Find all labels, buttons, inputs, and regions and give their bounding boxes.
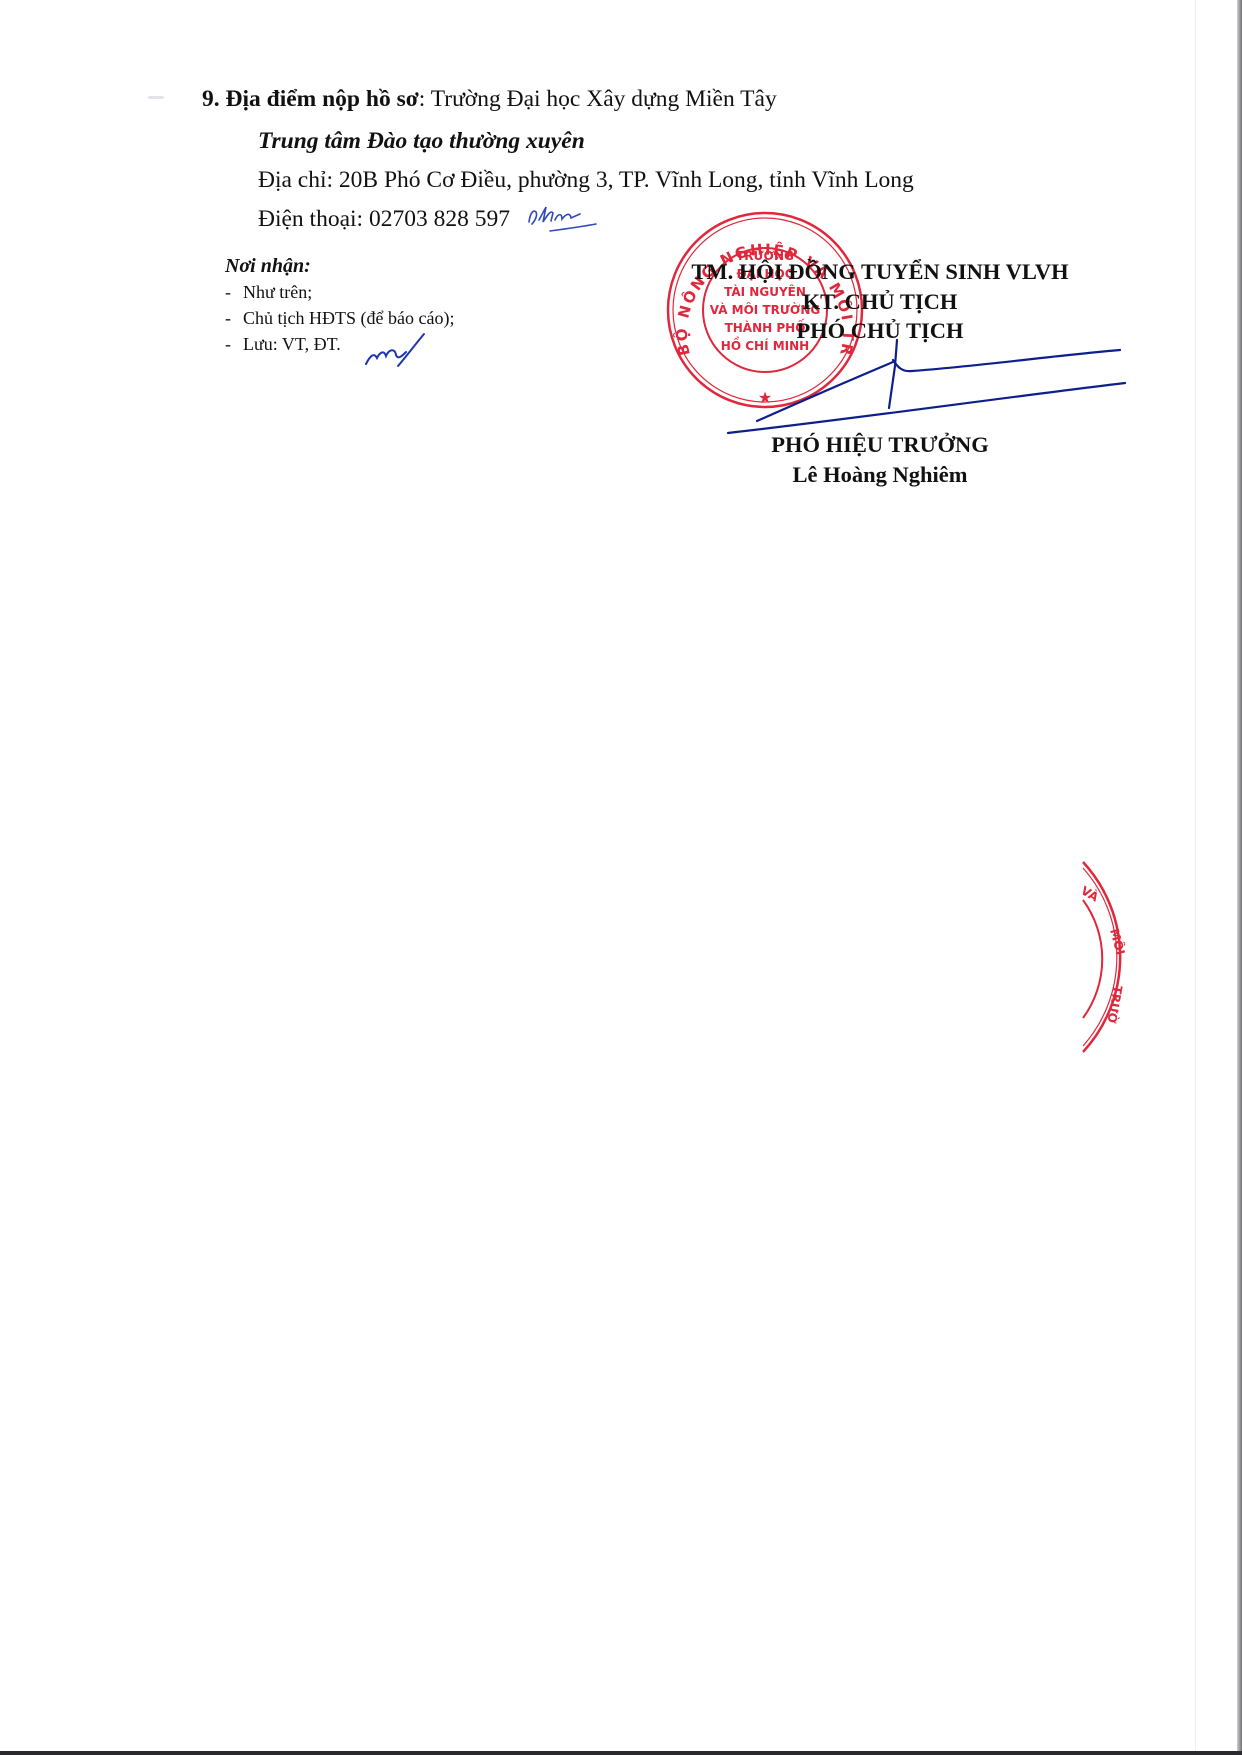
submission-location-line: 9. Địa điểm nộp hồ sơ: Trường Đại học Xâ… (202, 85, 777, 113)
recipients-title: Nơi nhận: (225, 253, 454, 279)
signature-icon (728, 340, 1125, 433)
scan-artifact (148, 96, 164, 99)
signer-role: PHÓ CHỦ TỊCH (640, 316, 1120, 346)
acting-for-chairman: KT. CHỦ TỊCH (640, 287, 1120, 317)
edge-stamp-fragment (1083, 862, 1120, 1052)
institution-name: Trường Đại học Xây dựng Miền Tây (431, 86, 777, 112)
svg-text:TRƯỜ: TRƯỜ (1104, 984, 1125, 1024)
signer-block: PHÓ HIỆU TRƯỞNG Lê Hoàng Nghiêm (700, 430, 1060, 489)
phone-line: Điện thoại: 02703 828 597 (258, 205, 510, 233)
signer-position: PHÓ HIỆU TRƯỞNG (700, 430, 1060, 460)
recipient-item: -Như trên; (225, 279, 454, 305)
address-line: Địa chỉ: 20B Phó Cơ Điều, phường 3, TP. … (258, 166, 914, 194)
svg-text:MÔI: MÔI (1107, 927, 1128, 957)
signer-name: Lê Hoàng Nghiêm (700, 460, 1060, 490)
section-separator: : (419, 86, 431, 112)
document-page: 9. Địa điểm nộp hồ sơ: Trường Đại học Xâ… (0, 0, 1242, 1755)
page-fold-line (1195, 0, 1196, 1755)
scan-edge-right (1237, 0, 1242, 1755)
recipient-item: -Lưu: VT, ĐT. (225, 331, 454, 357)
recipient-item: -Chủ tịch HĐTS (để báo cáo); (225, 305, 454, 331)
svg-text:VÀ: VÀ (1079, 883, 1102, 905)
signature-heading: TM. HỘI ĐỒNG TUYỂN SINH VLVH KT. CHỦ TỊC… (640, 257, 1120, 346)
recipients-block: Nơi nhận: -Như trên; -Chủ tịch HĐTS (để … (225, 253, 454, 357)
center-name: Trung tâm Đào tạo thường xuyên (258, 127, 585, 155)
stamp-star-icon: ★ (758, 388, 772, 407)
on-behalf-of: TM. HỘI ĐỒNG TUYỂN SINH VLVH (640, 257, 1120, 287)
scan-edge-bottom (0, 1751, 1242, 1755)
initials-phone-icon (529, 207, 596, 231)
section-label: 9. Địa điểm nộp hồ sơ (202, 86, 419, 112)
